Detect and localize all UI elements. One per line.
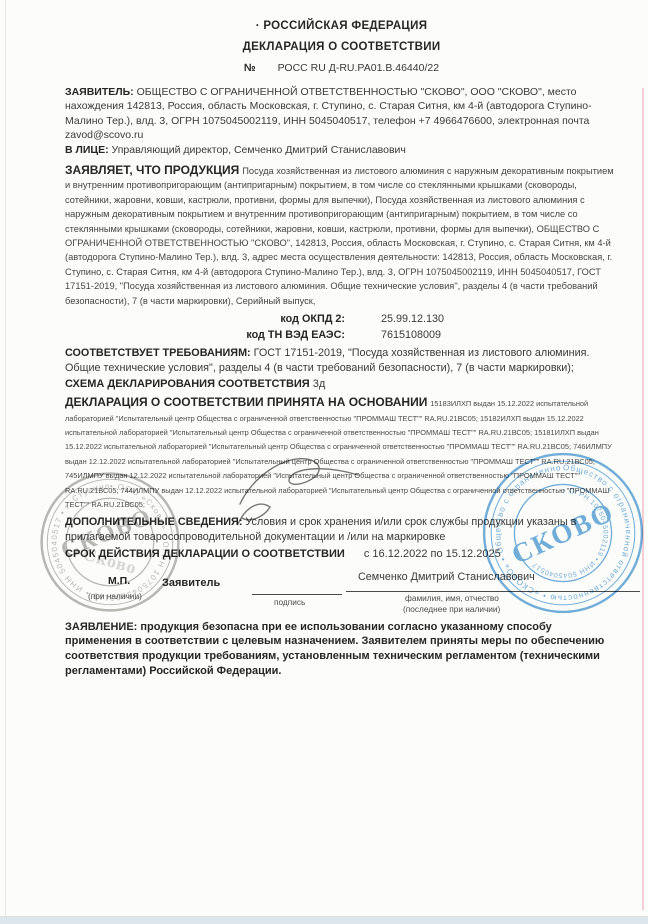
validity-label: СРОК ДЕЙСТВИЯ ДЕКЛАРАЦИИ О СООТВЕТСТВИИ xyxy=(65,548,345,560)
product-label: ЗАЯВЛЯЕТ, ЧТО ПРОДУКЦИЯ xyxy=(65,163,239,177)
validity-dates: с 16.12.2022 по 15.12.2025 xyxy=(364,548,501,560)
signatory-name: Семченко Дмитрий Станиславович xyxy=(358,571,535,583)
stamp-place-label: М.П. xyxy=(108,575,130,587)
signature-caption: подпись xyxy=(274,597,305,607)
applicant-label: ЗАЯВИТЕЛЬ: xyxy=(65,86,134,98)
name-line xyxy=(346,590,640,592)
signature-line xyxy=(252,593,342,595)
product-text: Посуда хозяйственная из листового алюмин… xyxy=(65,166,614,306)
declaration-document-page: · РОССИЙСКАЯ ФЕДЕРАЦИЯ ДЕКЛАРАЦИЯ О СООТ… xyxy=(0,0,648,924)
declarant-person-line: В ЛИЦЕ: Управляющий директор, Семченко Д… xyxy=(65,143,618,157)
additional-info-paragraph: ДОПОЛНИТЕЛЬНЫЕ СВЕДЕНИЯ: Условия и срок … xyxy=(65,515,618,544)
number-sign: № xyxy=(244,62,256,74)
tnved-label: код ТН ВЭД ЕАЭС: xyxy=(65,327,345,343)
applicant-paragraph: ЗАЯВИТЕЛЬ: ОБЩЕСТВО С ОГРАНИЧЕННОЙ ОТВЕТ… xyxy=(65,85,618,143)
product-codes: код ОКПД 2: 25.99.12.130 код ТН ВЭД ЕАЭС… xyxy=(65,311,618,343)
basis-paragraph: ДЕКЛАРАЦИЯ О СООТВЕТСТВИИ ПРИНЯТА НА ОСН… xyxy=(65,395,618,511)
basis-label: ДЕКЛАРАЦИЯ О СООТВЕТСТВИИ ПРИНЯТА НА ОСН… xyxy=(65,395,427,409)
applicant-role-label: Заявитель xyxy=(162,577,220,589)
person-text: Управляющий директор, Семченко Дмитрий С… xyxy=(112,144,406,156)
document-content: · РОССИЙСКАЯ ФЕДЕРАЦИЯ ДЕКЛАРАЦИЯ О СООТ… xyxy=(0,0,648,679)
okpd-code-row: код ОКПД 2: 25.99.12.130 xyxy=(65,311,618,327)
document-title: ДЕКЛАРАЦИЯ О СООТВЕТСТВИИ xyxy=(65,41,618,53)
requirements-label: СООТВЕТСТВУЕТ ТРЕБОВАНИЯМ: xyxy=(65,347,251,359)
okpd-value: 25.99.12.130 xyxy=(381,311,444,327)
applicant-text: ОБЩЕСТВО С ОГРАНИЧЕННОЙ ОТВЕТСТВЕННОСТЬЮ… xyxy=(65,86,592,141)
scheme-label: СХЕМА ДЕКЛАРИРОВАНИЯ СООТВЕТСТВИЯ xyxy=(65,378,310,390)
country-heading: · РОССИЙСКАЯ ФЕДЕРАЦИЯ xyxy=(65,20,618,32)
person-label: В ЛИЦЕ: xyxy=(65,144,109,156)
scanner-background-strip xyxy=(0,917,648,924)
okpd-label: код ОКПД 2: xyxy=(65,311,345,327)
product-paragraph: ЗАЯВЛЯЕТ, ЧТО ПРОДУКЦИЯ Посуда хозяйстве… xyxy=(65,163,618,308)
declaration-number: РОСС RU Д-RU.РА01.В.46440/22 xyxy=(278,62,439,74)
tnved-code-row: код ТН ВЭД ЕАЭС: 7615108009 xyxy=(65,327,618,343)
declaration-number-row: № РОСС RU Д-RU.РА01.В.46440/22 xyxy=(65,62,618,74)
additional-label: ДОПОЛНИТЕЛЬНЫЕ СВЕДЕНИЯ: xyxy=(65,516,242,528)
scheme-row: СХЕМА ДЕКЛАРИРОВАНИЯ СООТВЕТСТВИЯ 3д xyxy=(65,377,618,392)
name-caption-1: фамилия, имя, отчество xyxy=(405,593,499,603)
requirements-paragraph: СООТВЕТСТВУЕТ ТРЕБОВАНИЯМ: ГОСТ 17151-20… xyxy=(65,346,618,376)
stamp-place-note: (при наличии) xyxy=(88,591,142,601)
name-caption-2: (последнее при наличии) xyxy=(403,604,500,614)
statement-paragraph: ЗАЯВЛЕНИЕ: продукция безопасна при ее ис… xyxy=(65,620,618,679)
statement-text: продукция безопасна при ее использовании… xyxy=(65,621,604,677)
validity-row: СРОК ДЕЙСТВИЯ ДЕКЛАРАЦИИ О СООТВЕТСТВИИ … xyxy=(65,548,618,560)
basis-text: 15183ИЛХП выдан 15.12.2022 испытательной… xyxy=(65,399,612,509)
scheme-value: 3д xyxy=(313,378,326,390)
statement-label: ЗАЯВЛЕНИЕ: xyxy=(65,621,137,633)
tnved-value: 7615108009 xyxy=(381,327,441,343)
signature-zone: М.П. (при наличии) Заявитель подпись Сем… xyxy=(65,560,618,618)
